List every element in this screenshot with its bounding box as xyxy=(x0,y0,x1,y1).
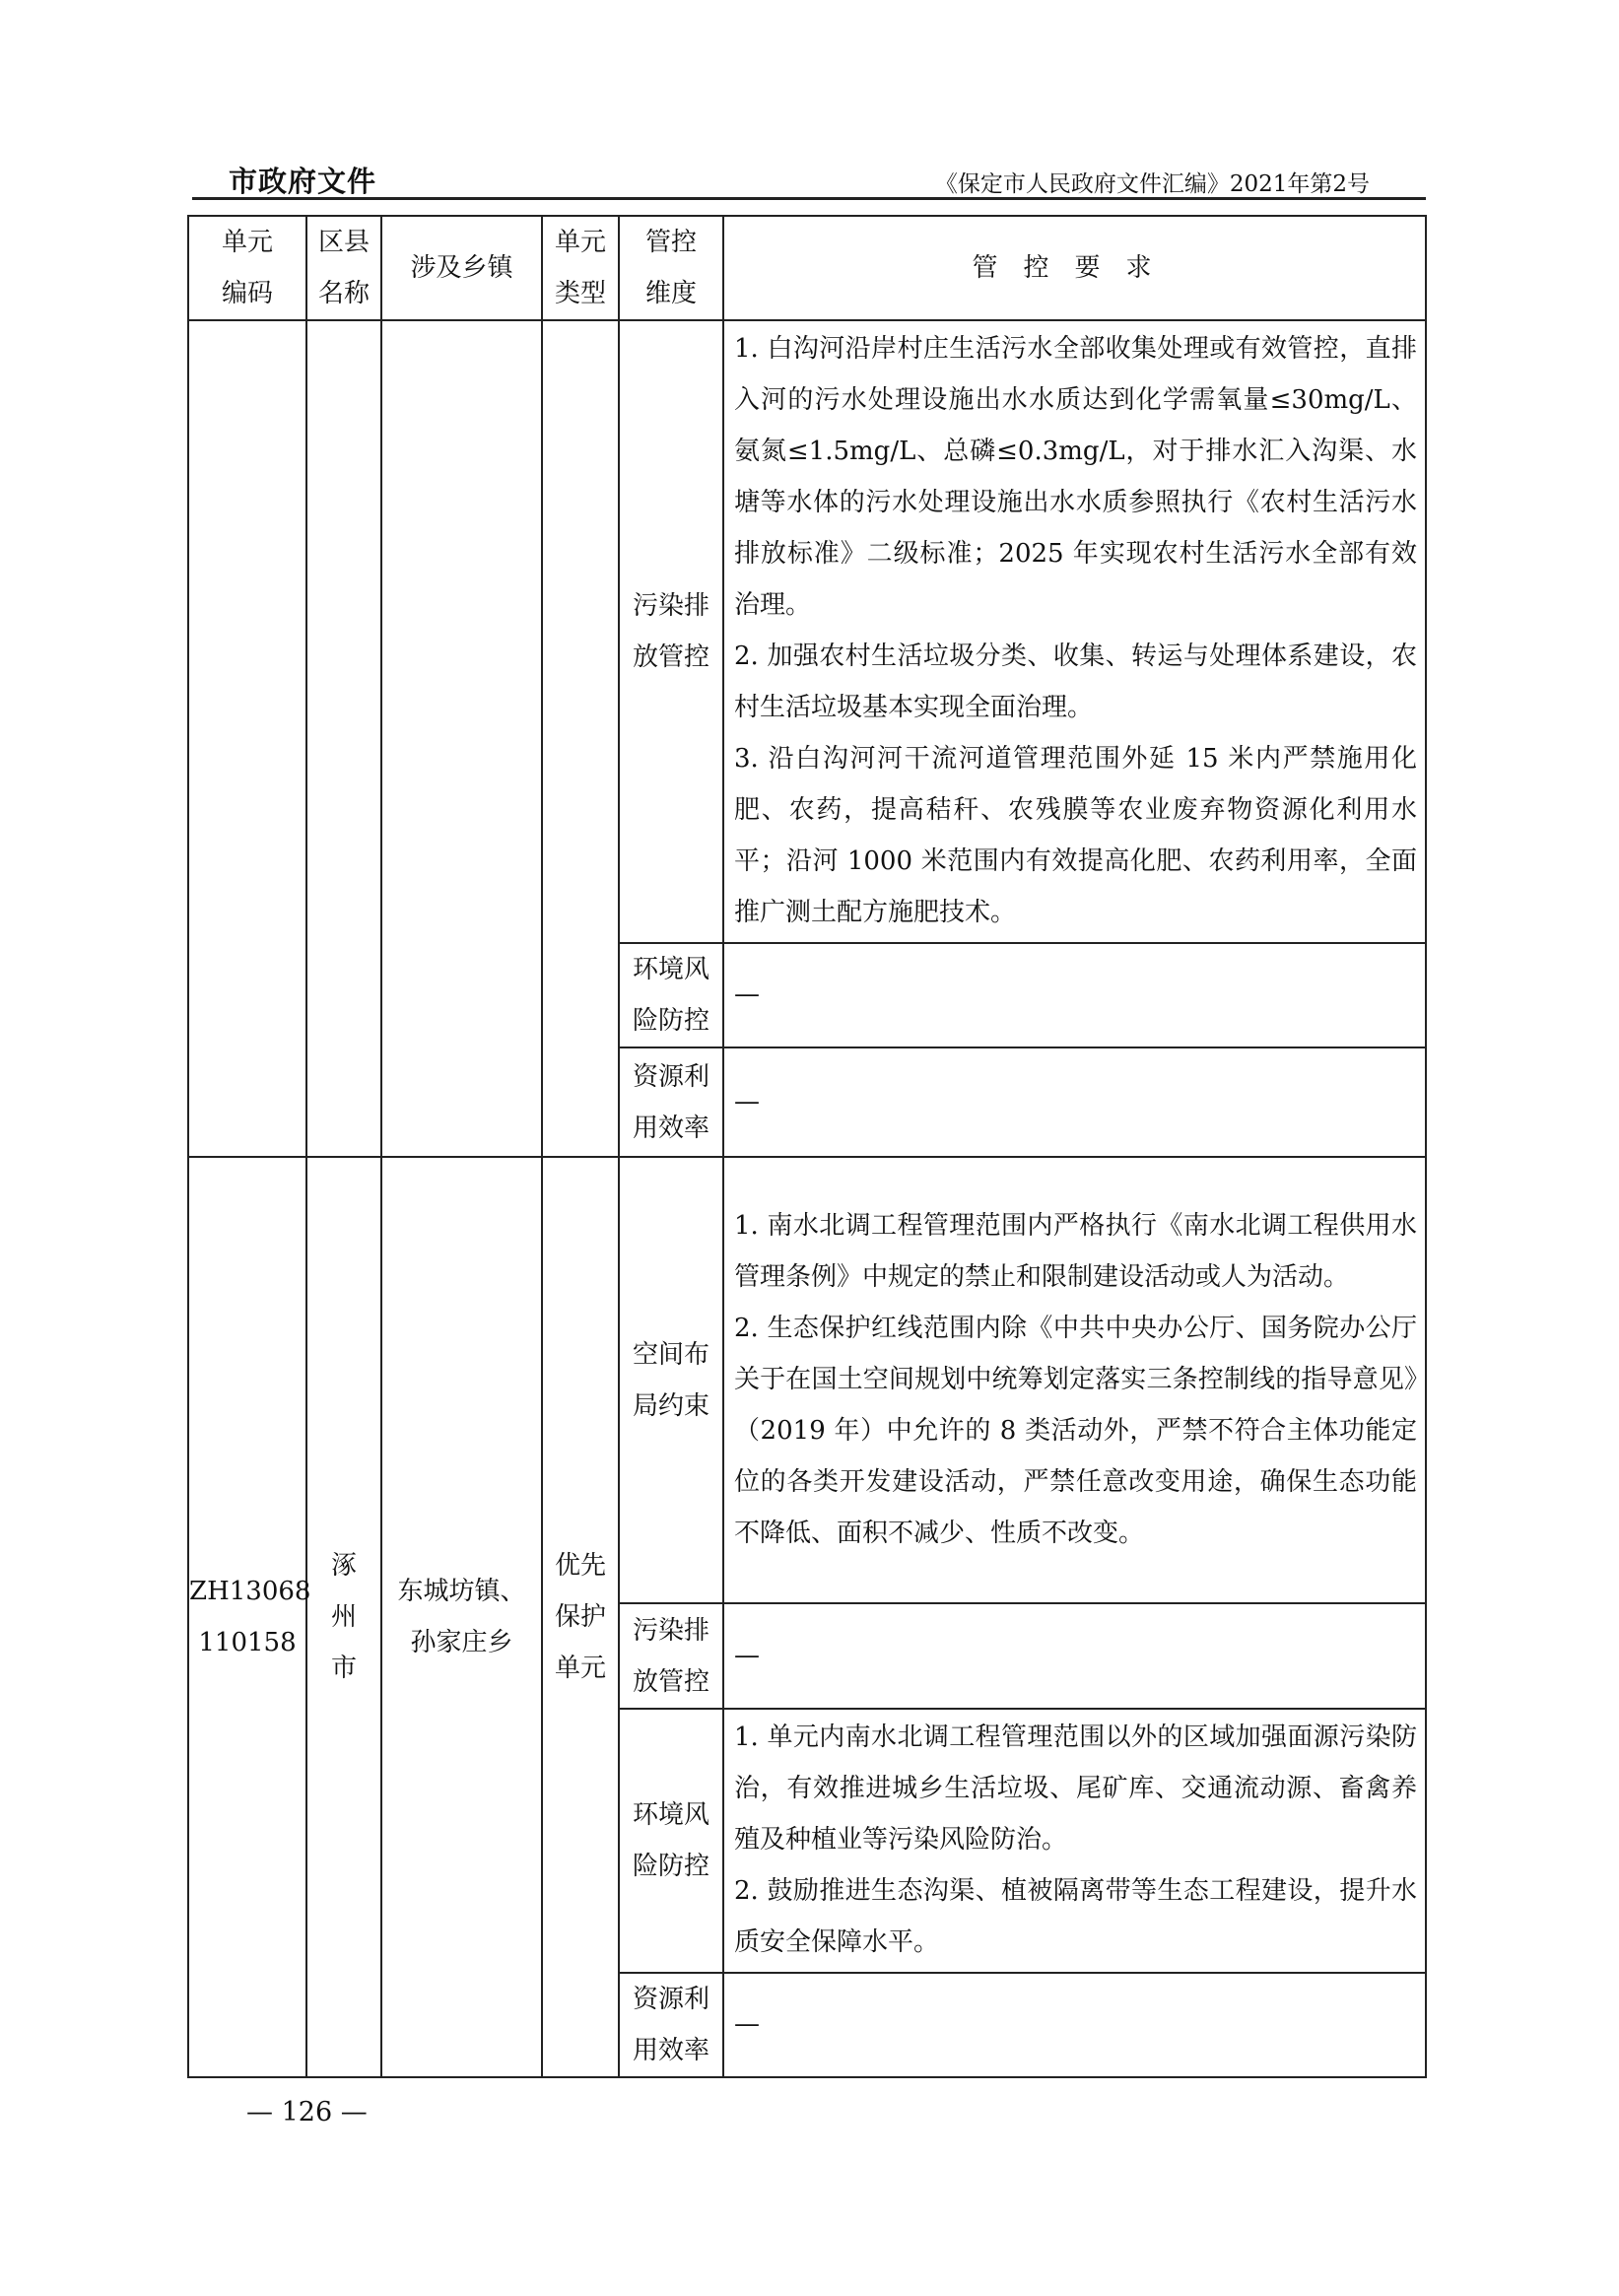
column-header-dimension: 管控 维度 xyxy=(619,216,723,320)
column-header-requirements: 管控要求 xyxy=(723,216,1426,320)
column-header-county: 区县 名称 xyxy=(306,216,381,320)
requirements-pollution-discharge: — xyxy=(723,1603,1426,1709)
towns-cell-empty xyxy=(381,320,542,1157)
dimension-environmental-risk: 环境风 险防控 xyxy=(619,943,723,1047)
table-row: 污染排 放管控 1. 白沟河沿岸村庄生活污水全部收集处理或有效管控，直排入河的污… xyxy=(188,320,1426,943)
column-header-unit-type: 单元 类型 xyxy=(542,216,619,320)
county-cell: 涿 州 市 xyxy=(306,1157,381,2077)
requirements-spatial-layout: 1. 南水北调工程管理范围内严格执行《南水北调工程供用水管理条例》中规定的禁止和… xyxy=(723,1157,1426,1603)
unit-code-cell-empty xyxy=(188,320,306,1157)
county-cell-empty xyxy=(306,320,381,1157)
requirements-environmental-risk: 1. 单元内南水北调工程管理范围以外的区域加强面源污染防治，有效推进城乡生活垃圾… xyxy=(723,1709,1426,1973)
dimension-pollution-discharge: 污染排 放管控 xyxy=(619,1603,723,1709)
header-divider xyxy=(192,197,1426,200)
table-header-row: 单元 编码 区县 名称 涉及乡镇 单元 类型 管控 维度 管控要求 xyxy=(188,216,1426,320)
dimension-environmental-risk: 环境风 险防控 xyxy=(619,1709,723,1973)
requirements-pollution-discharge: 1. 白沟河沿岸村庄生活污水全部收集处理或有效管控，直排入河的污水处理设施出水水… xyxy=(723,320,1426,943)
column-header-towns: 涉及乡镇 xyxy=(381,216,542,320)
towns-cell: 东城坊镇、 孙家庄乡 xyxy=(381,1157,542,2077)
dimension-spatial-layout: 空间布 局约束 xyxy=(619,1157,723,1603)
requirements-resource-efficiency: — xyxy=(723,1973,1426,2077)
control-requirements-table: 单元 编码 区县 名称 涉及乡镇 单元 类型 管控 维度 管控要求 污染排 放管… xyxy=(187,215,1427,2078)
dimension-resource-efficiency: 资源利 用效率 xyxy=(619,1047,723,1157)
unit-type-cell: 优先 保护 单元 xyxy=(542,1157,619,2077)
requirements-environmental-risk: — xyxy=(723,943,1426,1047)
dimension-resource-efficiency: 资源利 用效率 xyxy=(619,1973,723,2077)
dimension-pollution-discharge: 污染排 放管控 xyxy=(619,320,723,943)
publication-title: 《保定市人民政府文件汇编》2021年第2号 xyxy=(935,166,1370,198)
column-header-unit-code: 单元 编码 xyxy=(188,216,306,320)
page-number: — 126 — xyxy=(246,2097,368,2127)
unit-type-cell-empty xyxy=(542,320,619,1157)
requirements-resource-efficiency: — xyxy=(723,1047,1426,1157)
document-series-title: 市政府文件 xyxy=(229,160,376,200)
table-row: ZH13068 110158 涿 州 市 东城坊镇、 孙家庄乡 优先 保护 单元… xyxy=(188,1157,1426,1603)
unit-code-cell: ZH13068 110158 xyxy=(188,1157,306,2077)
